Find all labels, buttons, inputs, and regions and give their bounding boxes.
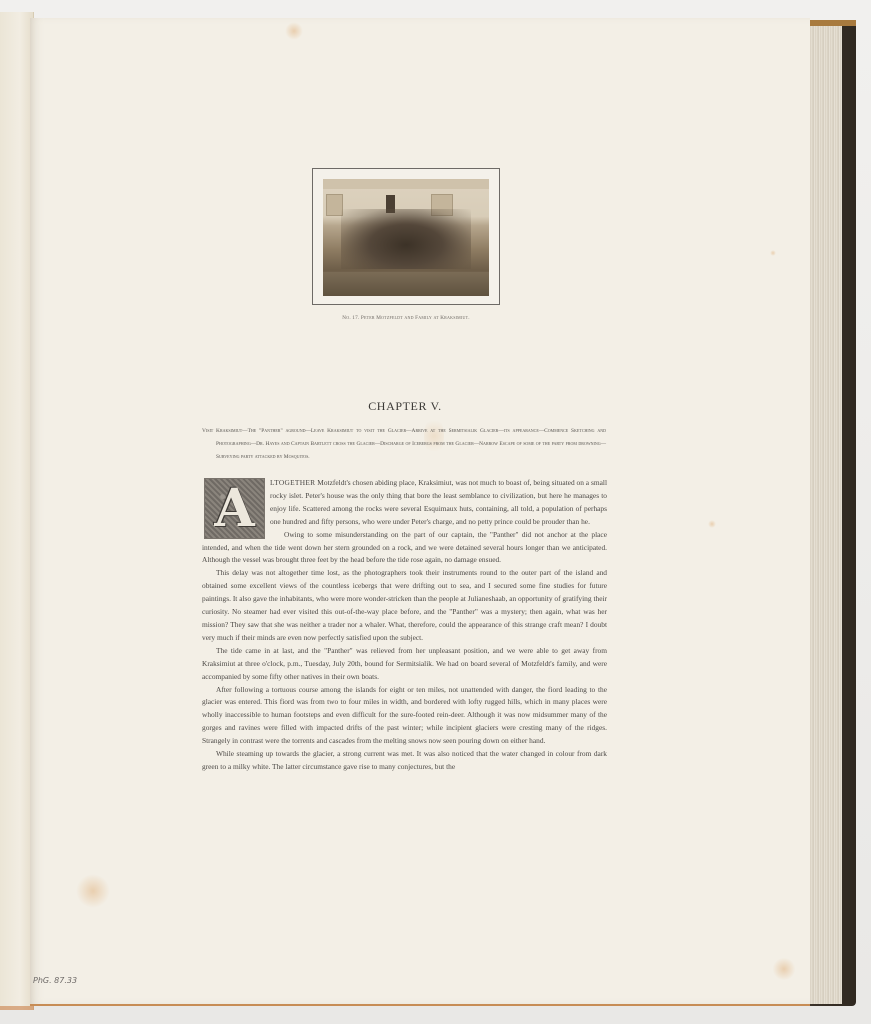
left-leaf-edge-stain bbox=[0, 1006, 34, 1010]
paragraph: ALTOGETHER Motzfeldt's chosen abiding pl… bbox=[202, 477, 607, 529]
foxing-spot bbox=[770, 250, 776, 256]
ground bbox=[323, 272, 489, 296]
foxing-spot bbox=[708, 520, 716, 528]
paragraph: While steaming up towards the glacier, a… bbox=[202, 748, 607, 774]
paragraph: After following a tortuous course among … bbox=[202, 684, 607, 749]
chapter-title: CHAPTER V. bbox=[200, 399, 610, 414]
paragraph: The tide came in at last, and the "Panth… bbox=[202, 645, 607, 684]
left-page-leaf bbox=[0, 12, 34, 1010]
family-group bbox=[341, 209, 471, 269]
foxing-spot bbox=[76, 874, 110, 908]
plate-caption: No. 17. Peter Motzfeldt and Family at Kr… bbox=[312, 315, 500, 321]
chapter-body: ALTOGETHER Motzfeldt's chosen abiding pl… bbox=[202, 477, 607, 774]
paragraph-text: Motzfeldt's chosen abiding place, Kraksi… bbox=[270, 478, 607, 526]
foxing-spot bbox=[772, 958, 796, 980]
accession-number: PhG. 87.33 bbox=[33, 976, 77, 985]
house-roof bbox=[323, 179, 489, 189]
family-group-photograph bbox=[323, 179, 489, 296]
photograph-plate bbox=[312, 168, 500, 305]
paragraph: This delay was not altogether time lost,… bbox=[202, 567, 607, 644]
opening-word: LTOGETHER bbox=[270, 478, 315, 487]
book-page: No. 17. Peter Motzfeldt and Family at Kr… bbox=[30, 18, 810, 1006]
illuminated-initial: A bbox=[204, 478, 265, 539]
chapter-synopsis: Visit Kraksimiut—The "Panther" aground—L… bbox=[202, 425, 606, 464]
foxing-spot bbox=[285, 22, 303, 40]
